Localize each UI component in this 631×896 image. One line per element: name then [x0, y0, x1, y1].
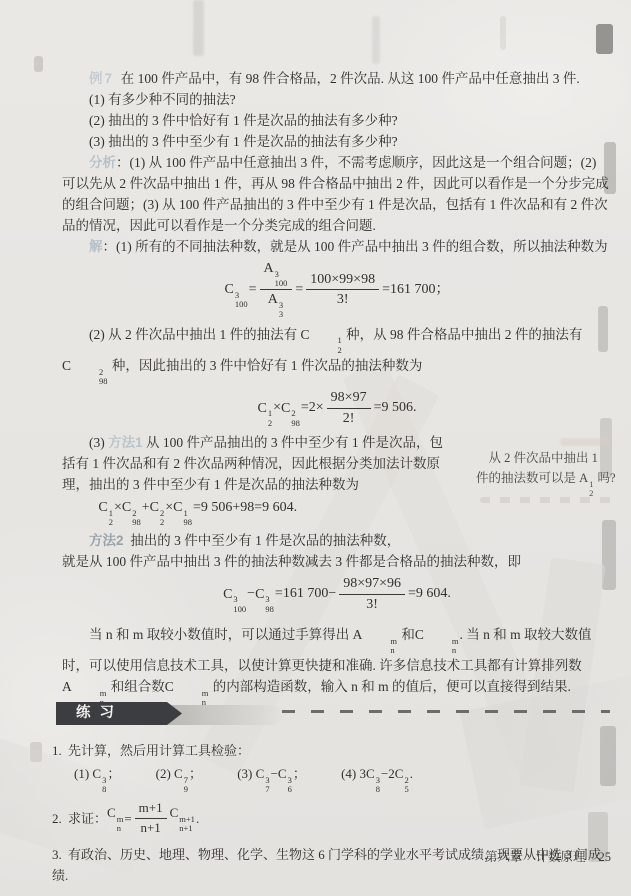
analysis-colon: ： [116, 155, 130, 170]
formula-4-result: 9 604. [416, 587, 451, 602]
fraction: m+1n+1 [135, 800, 167, 836]
scan-artifact [596, 24, 613, 54]
exercise-1-item-1: (1) C38； [74, 763, 120, 794]
solution-1-text: (1) 所有的不同抽法种数，就是从 100 件产品中抽出 3 件的组合数，所以抽… [116, 239, 608, 254]
exercise-1-item-3: (3) C37−C36； [237, 763, 306, 794]
formula-3-result: 9 506+98=9 604. [201, 500, 297, 515]
banner-arrow: 练习 [56, 702, 182, 725]
fraction: 98×972! [327, 389, 371, 427]
method-2-paragraph: 方法2 抽出的 3 件中至少有 1 件是次品的抽法种数，就是从 100 件产品中… [62, 530, 612, 572]
method-2-label: 方法2 [89, 533, 124, 548]
example-question-1: (1) 有多少种不同的抽法? [89, 89, 612, 110]
example-question-2: (2) 抽出的 3 件中恰好有 1 件是次品的抽法有多少种? [89, 110, 612, 131]
textbook-page: 例7 在 100 件产品中，有 98 件合格品，2 件次品. 从这 100 件产… [0, 0, 631, 896]
math-term: C298 [62, 358, 109, 373]
example-label: 例7 [89, 71, 114, 86]
fraction: 98×97×963! [339, 575, 405, 613]
footer-page-number: 25 [599, 850, 612, 864]
footer-section: 计数原理 [535, 850, 585, 864]
scan-artifact [500, 16, 506, 50]
analysis-text: (1) 从 100 件产品中任意抽出 3 件，不需考虑顺序，因此这是一个组合问题… [62, 155, 609, 233]
solution-label: 解 [89, 239, 103, 254]
exercise-2: 2.求证：Cmn=m+1n+1Cm+1n+1. [52, 800, 616, 836]
exercise-1-number: 1. [52, 740, 68, 761]
math-term: A12 [579, 471, 594, 485]
solution-colon: ： [103, 239, 117, 254]
fraction: A3100A33 [260, 260, 293, 320]
formula-2-result: 9 506. [381, 401, 416, 416]
method-1-label: 方法1 [108, 435, 143, 450]
closing-paragraph: 当 n 和 m 取较小数值时，可以通过手算得出 Amn 和Cmn. 当 n 和 … [62, 624, 612, 708]
example-intro-text: 在 100 件产品中，有 98 件合格品，2 件次品. 从这 100 件产品中任… [121, 71, 580, 86]
math-term: C12 [301, 327, 343, 342]
formula-1: C3100=A3100A33=100×99×983!=161 700； [62, 260, 612, 320]
exercise-1-text: 先计算，然后用计算工具检验： [68, 743, 250, 758]
solution-paragraph-1: 解：(1) 所有的不同抽法种数，就是从 100 件产品中抽出 3 件的组合数，所… [62, 236, 612, 257]
example-intro: 例7 在 100 件产品中，有 98 件合格品，2 件次品. 从这 100 件产… [62, 68, 612, 89]
exercise-1-item-4: (4) 3C38−2C25. [341, 763, 413, 794]
main-text-column: 例7 在 100 件产品中，有 98 件合格品，2 件次品. 从这 100 件产… [62, 68, 612, 708]
fraction: 100×99×983! [306, 271, 379, 309]
margin-note: 从 2 件次品中抽出 1件的抽法数可以是 A12 吗? [476, 448, 616, 498]
exercise-banner-label: 练习 [76, 703, 123, 724]
example-question-3: (3) 抽出的 3 件中至少有 1 件是次品的抽法有多少种? [89, 131, 612, 152]
exercise-2-number: 2. [52, 808, 68, 829]
footer-chapter: 第六章 [485, 850, 523, 864]
scan-artifact [30, 742, 42, 762]
solution-paragraph-2: (2) 从 2 件次品中抽出 1 件的抽法有 C12 种，从 98 件合格品中抽… [62, 324, 612, 387]
analysis-label: 分析 [89, 155, 116, 170]
exercise-1-item-2: (2) C79； [156, 763, 202, 794]
exercise-1: 1.先计算，然后用计算工具检验： (1) C38； (2) C79； (3) C… [52, 740, 616, 794]
scan-artifact [193, 0, 204, 56]
exercise-3-number: 3. [52, 844, 68, 865]
page-footer: 第六章计数原理25 [485, 847, 611, 868]
scan-artifact [372, 16, 380, 64]
exercise-1-items: (1) C38； (2) C79； (3) C37−C36； (4) 3C38−… [74, 763, 616, 794]
analysis-paragraph: 分析：(1) 从 100 件产品中任意抽出 3 件，不需考虑顺序，因此这是一个组… [62, 152, 612, 236]
formula-1-result: 161 700； [390, 282, 450, 297]
solution-paragraph-3: (3) 方法1 从 100 件产品抽出的 3 件中至少有 1 件是次品，包括有 … [62, 432, 454, 495]
dashed-rule [282, 710, 610, 713]
scan-artifact [34, 56, 43, 72]
formula-3: C12×C298+C22×C198=9 506+98=9 604. [62, 497, 612, 527]
formula-4: C3100−C398=161 700−98×97×963!=9 604. [62, 575, 612, 614]
formula-2: C12×C298=2×98×972!=9 506. [62, 389, 612, 428]
math-term: C3100 [225, 282, 249, 297]
